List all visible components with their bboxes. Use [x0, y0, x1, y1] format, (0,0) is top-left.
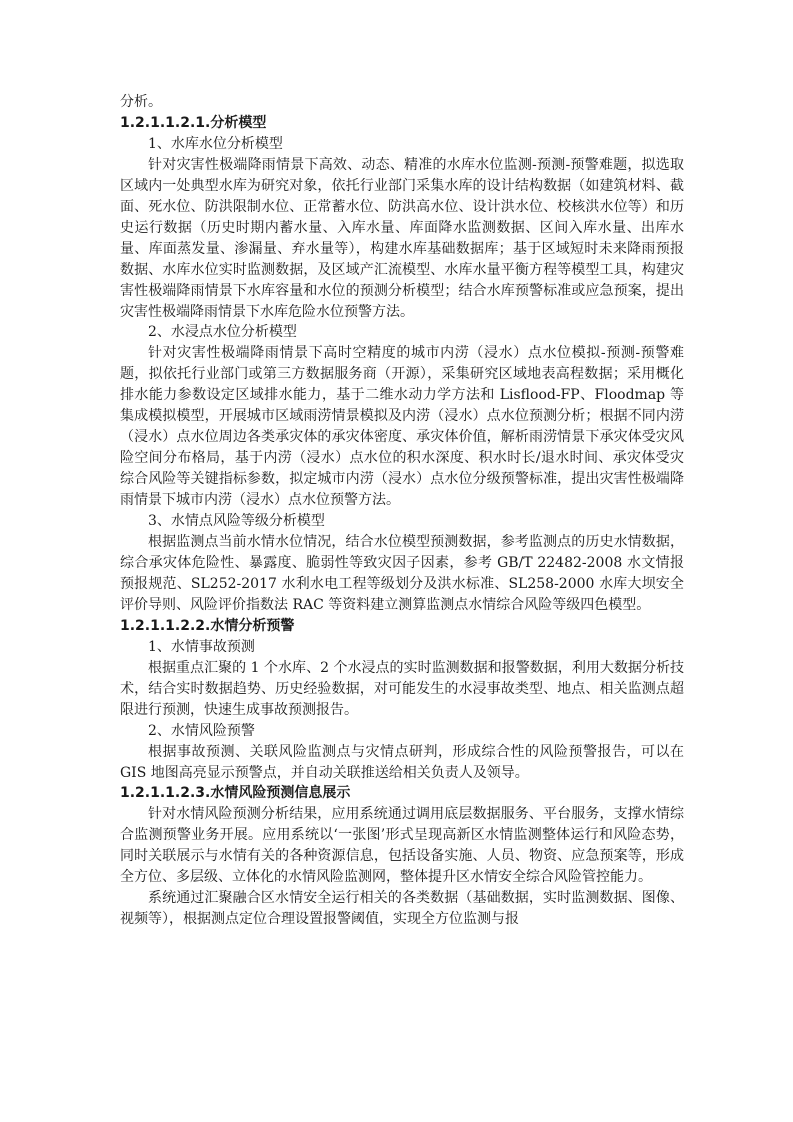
- item-title-risk-level-model: 3、水情点风险等级分析模型: [120, 511, 684, 532]
- section-heading-analysis-model: 1.2.1.1.2.1.分析模型: [120, 113, 684, 134]
- section-heading-warning: 1.2.1.1.2.2.水情分析预警: [120, 616, 684, 637]
- item-title-accident-prediction: 1、水情事故预测: [120, 637, 684, 658]
- paragraph-risk-level-model: 根据监测点当前水情水位情况，结合水位模型预测数据，参考监测点的历史水情数据，综合…: [120, 532, 684, 616]
- section-heading-display: 1.2.1.1.2.3.水情风险预测信息展示: [120, 783, 684, 804]
- document-page: 分析。 1.2.1.1.2.1.分析模型 1、水库水位分析模型 针对灾害性极端降…: [120, 92, 684, 930]
- lead-text: 分析。: [120, 92, 684, 113]
- paragraph-risk-warning: 根据事故预测、关联风险监测点与灾情点研判，形成综合性的风险预警报告，可以在 GI…: [120, 742, 684, 784]
- item-title-reservoir-model: 1、水库水位分析模型: [120, 134, 684, 155]
- paragraph-waterlogging-model: 针对灾害性极端降雨情景下高时空精度的城市内涝（浸水）点水位模拟-预测-预警难题，…: [120, 343, 684, 511]
- paragraph-display-2: 系统通过汇聚融合区水情安全运行相关的各类数据（基础数据，实时监测数据、图像、视频…: [120, 888, 684, 930]
- item-title-waterlogging-model: 2、水浸点水位分析模型: [120, 322, 684, 343]
- item-title-risk-warning: 2、水情风险预警: [120, 721, 684, 742]
- paragraph-reservoir-model: 针对灾害性极端降雨情景下高效、动态、精准的水库水位监测-预测-预警难题，拟选取区…: [120, 155, 684, 323]
- paragraph-accident-prediction: 根据重点汇聚的 1 个水库、2 个水浸点的实时监测数据和报警数据，利用大数据分析…: [120, 658, 684, 721]
- paragraph-display-1: 针对水情风险预测分析结果，应用系统通过调用底层数据服务、平台服务，支撑水情综合监…: [120, 804, 684, 888]
